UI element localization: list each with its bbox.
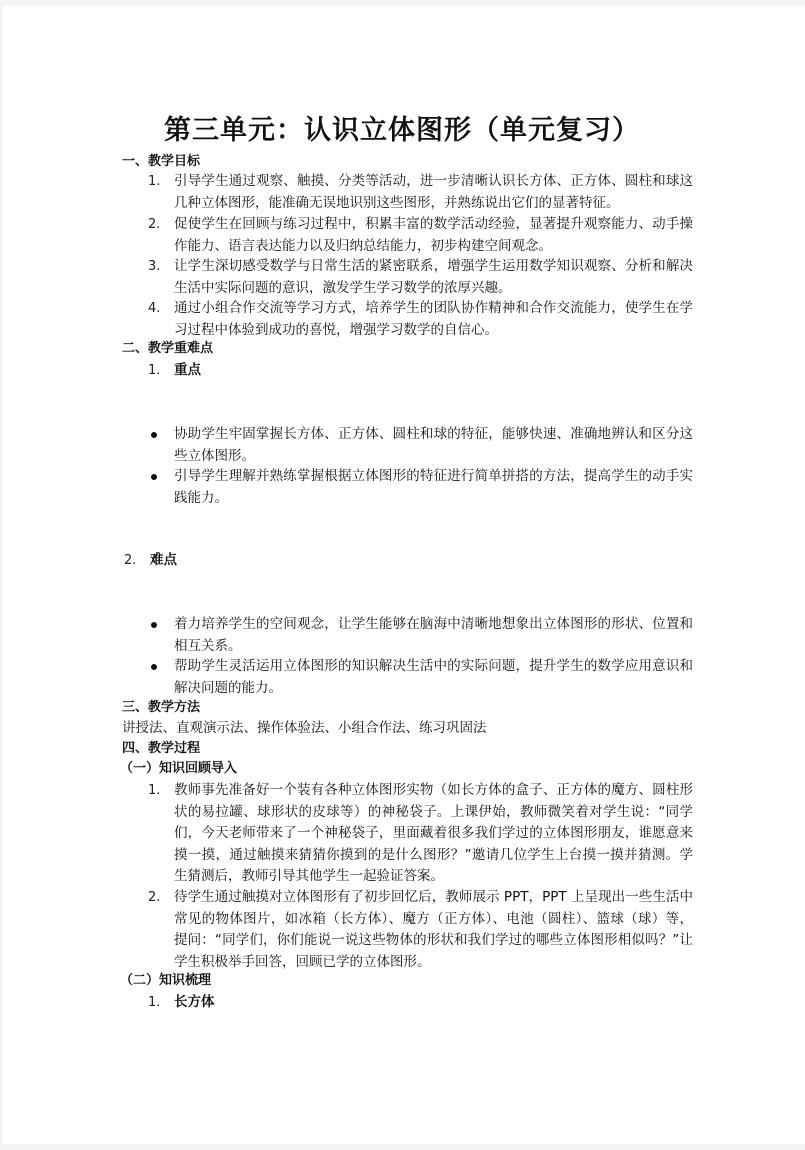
- bullet-icon: [151, 664, 157, 670]
- list-text: 难点: [150, 550, 669, 572]
- list-text: 引导学生通过观察、触摸、分类等活动，进一步清晰认识长方体、正方体、圆柱和球这几种…: [174, 171, 693, 214]
- subsection-heading-review: （一）知识回顾导入: [120, 759, 237, 779]
- list-text: 待学生通过触摸对立体图形有了初步回忆后，教师展示 PPT，PPT 上呈现出一些生…: [174, 887, 693, 973]
- list-text: 促使学生在回顾与练习过程中，积累丰富的数学活动经验，显著提升观察能力、动手操作能…: [174, 214, 693, 257]
- section-heading-process: 四、教学过程: [122, 739, 200, 759]
- list-text: 协助学生牢固掌握长方体、正方体、圆柱和球的特征，能够快速、准确地辨认和区分这些立…: [174, 424, 693, 467]
- process-item-1: 1. 教师事先准备好一个装有各种立体图形实物（如长方体的盒子、正方体的魔方、圆柱…: [148, 780, 693, 888]
- focus-bullet-1: 协助学生牢固掌握长方体、正方体、圆柱和球的特征，能够快速、准确地辨认和区分这些立…: [148, 424, 693, 467]
- bullet-icon: [151, 622, 157, 628]
- objective-item-4: 4. 通过小组合作交流等学习方式，培养学生的团队协作精神和合作交流能力，使学生在…: [148, 298, 693, 341]
- focus-subheading: 1. 重点: [148, 360, 693, 382]
- objective-item-1: 1. 引导学生通过观察、触摸、分类等活动，进一步清晰认识长方体、正方体、圆柱和球…: [148, 171, 693, 214]
- list-number: 2.: [148, 887, 172, 909]
- list-text: 重点: [174, 360, 693, 382]
- list-text: 通过小组合作交流等学习方式，培养学生的团队协作精神和合作交流能力，使学生在学习过…: [174, 298, 693, 341]
- process-item-2: 2. 待学生通过触摸对立体图形有了初步回忆后，教师展示 PPT，PPT 上呈现出…: [148, 887, 693, 973]
- subsection-heading-knowledge: （二）知识梳理: [120, 971, 211, 991]
- knowledge-item-1: 1. 长方体: [148, 992, 693, 1014]
- list-number: 2.: [148, 214, 172, 236]
- list-text: 教师事先准备好一个装有各种立体图形实物（如长方体的盒子、正方体的魔方、圆柱形状的…: [174, 780, 693, 888]
- page-title: 第三单元：认识立体图形（单元复习）: [2, 108, 802, 147]
- objective-item-2: 2. 促使学生在回顾与练习过程中，积累丰富的数学活动经验，显著提升观察能力、动手…: [148, 214, 693, 257]
- list-number: 1.: [148, 360, 172, 382]
- section-heading-methods: 三、教学方法: [122, 698, 200, 718]
- difficulty-bullet-2: 帮助学生灵活运用立体图形的知识解决生活中的实际问题，提升学生的数学应用意识和解决…: [148, 656, 693, 699]
- list-number: 3.: [148, 256, 172, 278]
- bullet-icon: [151, 474, 157, 480]
- list-text: 着力培养学生的空间观念，让学生能够在脑海中清晰地想象出立体图形的形状、位置和相互…: [174, 614, 693, 657]
- list-text: 长方体: [174, 992, 693, 1014]
- list-text: 帮助学生灵活运用立体图形的知识解决生活中的实际问题，提升学生的数学应用意识和解决…: [174, 656, 693, 699]
- list-text: 让学生深切感受数学与日常生活的紧密联系，增强学生运用数学知识观察、分析和解决生活…: [174, 256, 693, 299]
- section-heading-key-points: 二、教学重难点: [122, 339, 213, 359]
- difficulty-subheading: 2. 难点: [124, 550, 669, 572]
- document-page: 第三单元：认识立体图形（单元复习） 一、教学目标 1. 引导学生通过观察、触摸、…: [1, 6, 805, 1144]
- list-number: 1.: [148, 992, 172, 1014]
- methods-text: 讲授法、直观演示法、操作体验法、小组合作法、练习巩固法: [122, 718, 487, 739]
- bullet-icon: [151, 432, 157, 438]
- list-text: 引导学生理解并熟练掌握根据立体图形的特征进行简单拼搭的方法，提高学生的动手实践能…: [174, 466, 693, 509]
- list-number: 4.: [148, 298, 172, 320]
- list-number: 1.: [148, 780, 172, 802]
- objective-item-3: 3. 让学生深切感受数学与日常生活的紧密联系，增强学生运用数学知识观察、分析和解…: [148, 256, 693, 299]
- list-number: 2.: [124, 550, 148, 572]
- section-heading-objectives: 一、教学目标: [122, 152, 200, 172]
- difficulty-bullet-1: 着力培养学生的空间观念，让学生能够在脑海中清晰地想象出立体图形的形状、位置和相互…: [148, 614, 693, 657]
- focus-bullet-2: 引导学生理解并熟练掌握根据立体图形的特征进行简单拼搭的方法，提高学生的动手实践能…: [148, 466, 693, 509]
- list-number: 1.: [148, 171, 172, 193]
